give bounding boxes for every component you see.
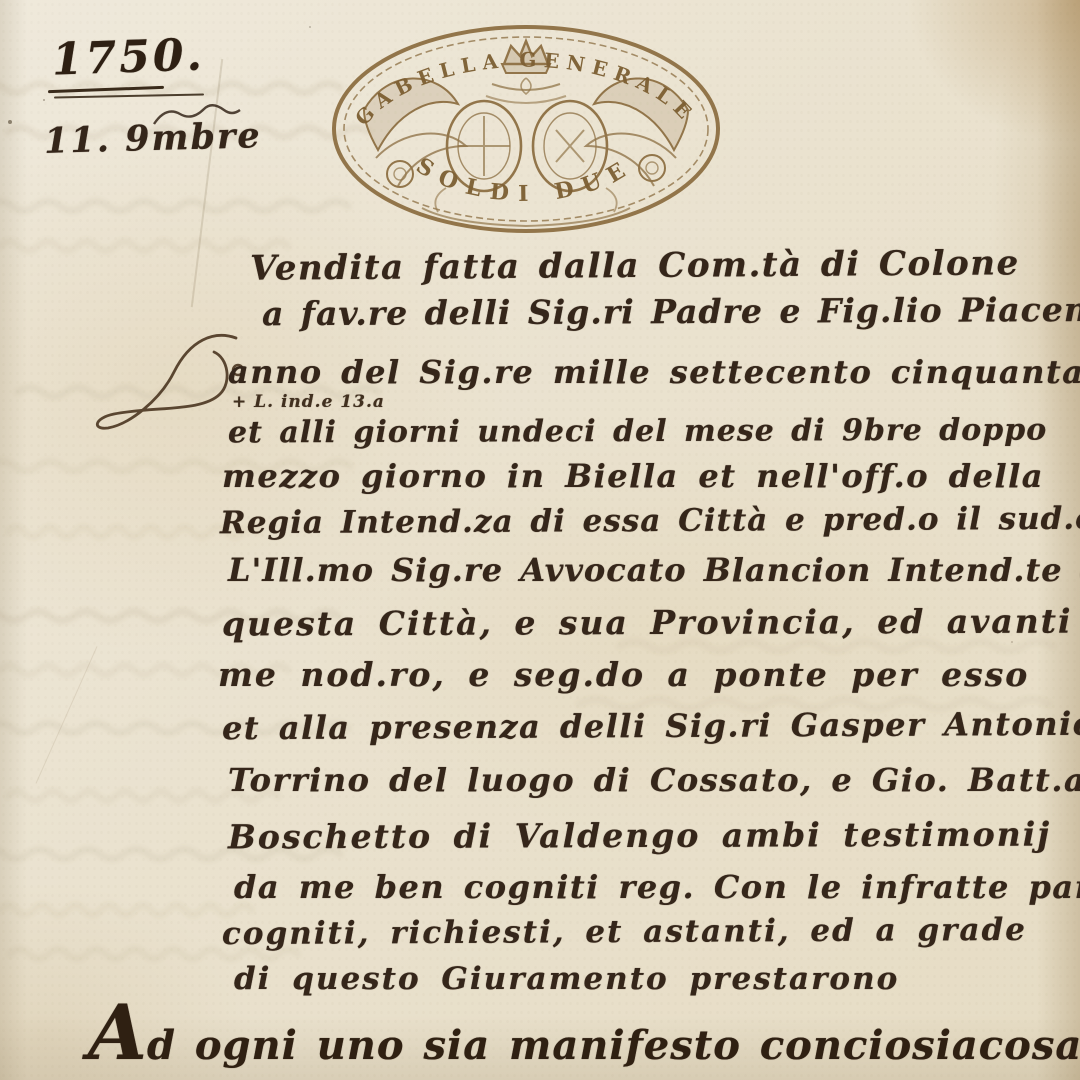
- manuscript-line: Boschetto di Valdengo ambi testimonij: [228, 815, 1051, 857]
- manuscript-line: L'Ill.mo Sig.re Avvocato Blancion Intend…: [228, 551, 1080, 589]
- manuscript-line: cogniti, richiesti, et astanti, ed a gra…: [222, 912, 1027, 952]
- year-underline: [54, 93, 204, 98]
- closing-line: Ad ogni uno sia manifesto conciosiacosac…: [88, 1012, 1080, 1069]
- manuscript-line: da me ben cogniti reg. Con le infratte p…: [234, 868, 1080, 906]
- manuscript-line: a fav.re delli Sig.ri Padre e Fig.lio Pi…: [262, 290, 1080, 334]
- manuscript-line: mezzo giorno in Biella et nell'off.o del…: [222, 457, 1044, 495]
- manuscript-line: et alli giorni undeci del mese di 9bre d…: [228, 413, 1047, 451]
- year-underline: [48, 86, 164, 93]
- revenue-stamp-icon: GABELLA GENERALE SOLDI DUE: [326, 18, 726, 242]
- manuscript-line: di questo Giuramento prestarono: [234, 961, 899, 997]
- paper-crease: [36, 646, 98, 784]
- manuscript-line: anno del Sig.re mille settecento cinquan…: [228, 353, 1080, 391]
- ink-speck: [8, 120, 12, 124]
- pen-flourish: [86, 328, 256, 478]
- year-label: 1750.: [51, 29, 205, 85]
- paper-crease: [191, 59, 223, 307]
- manuscript-line: Torrino del luogo di Cossato, e Gio. Bat…: [228, 761, 1080, 799]
- manuscript-line: questa Città, e sua Provincia, ed avanti: [222, 602, 1073, 644]
- manuscript-line: Regia Intend.za di essa Città e pred.o i…: [220, 501, 1080, 542]
- manuscript-line: et alla presenza delli Sig.ri Gasper Ant…: [222, 705, 1080, 748]
- manuscript-line: Vendita fatta dalla Com.tà di Colone: [250, 243, 1020, 288]
- manuscript-line: me nod.ro, e seg.do a ponte per esso: [218, 655, 1029, 694]
- manuscript-page: 1750. 11. 9mbre: [0, 0, 1080, 1080]
- margin-note: + L. ind.e 13.a: [232, 392, 385, 412]
- date-flourish: [152, 104, 242, 130]
